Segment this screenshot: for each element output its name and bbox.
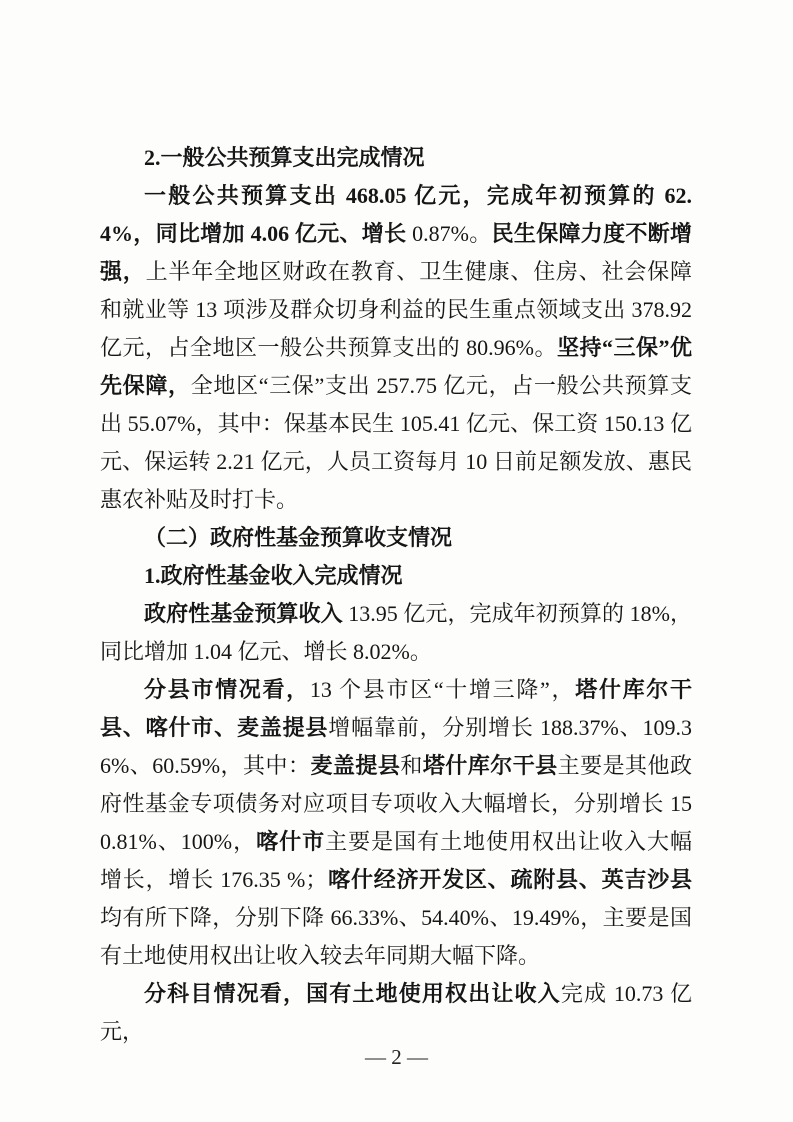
text-run: 0.87%。 xyxy=(412,221,491,246)
text-run: 和 xyxy=(400,753,422,778)
emphasis-text-run: 喀什市 xyxy=(256,829,325,854)
emphasis-text-run: 喀什经济开发区、疏附县、英吉沙县 xyxy=(327,867,692,892)
emphasis-text-run: （二）政府性基金预算收支情况 xyxy=(144,525,452,550)
body-paragraph: 分县市情况看，13 个县市区“十增三降”，塔什库尔干县、喀什市、麦盖提县增幅靠前… xyxy=(100,671,692,975)
page-footer: — 2 — xyxy=(0,1038,793,1076)
emphasis-text-run: 政府性基金预算收入 xyxy=(144,601,348,626)
section-heading: 2.一般公共预算支出完成情况 xyxy=(100,139,692,177)
section-heading: （二）政府性基金预算收支情况 xyxy=(100,519,692,557)
text-run: 13 个县市区“十增三降”， xyxy=(310,677,575,702)
emphasis-text-run: 分科目情况看，国有土地使用权出让收入 xyxy=(144,981,561,1006)
emphasis-text-run: 2.一般公共预算支出完成情况 xyxy=(144,145,425,170)
document-page: 2.一般公共预算支出完成情况一般公共预算支出 468.05 亿元，完成年初预算的… xyxy=(0,0,793,1122)
emphasis-text-run: 1.政府性基金收入完成情况 xyxy=(144,563,403,588)
text-run: 均有所下降，分别下降 66.33%、54.40%、19.49%，主要是国有土地使… xyxy=(100,905,692,968)
body-paragraph: 一般公共预算支出 468.05 亿元，完成年初预算的 62.4%，同比增加 4.… xyxy=(100,177,692,519)
body-paragraph: 政府性基金预算收入 13.95 亿元，完成年初预算的 18%，同比增加 1.04… xyxy=(100,595,692,671)
document-body: 2.一般公共预算支出完成情况一般公共预算支出 468.05 亿元，完成年初预算的… xyxy=(100,139,692,1051)
page-number: — 2 — xyxy=(365,1045,428,1069)
emphasis-text-run: 分县市情况看， xyxy=(144,677,310,702)
emphasis-text-run: 塔什库尔干县 xyxy=(423,753,558,778)
section-heading: 1.政府性基金收入完成情况 xyxy=(100,557,692,595)
emphasis-text-run: 麦盖提县 xyxy=(310,753,400,778)
